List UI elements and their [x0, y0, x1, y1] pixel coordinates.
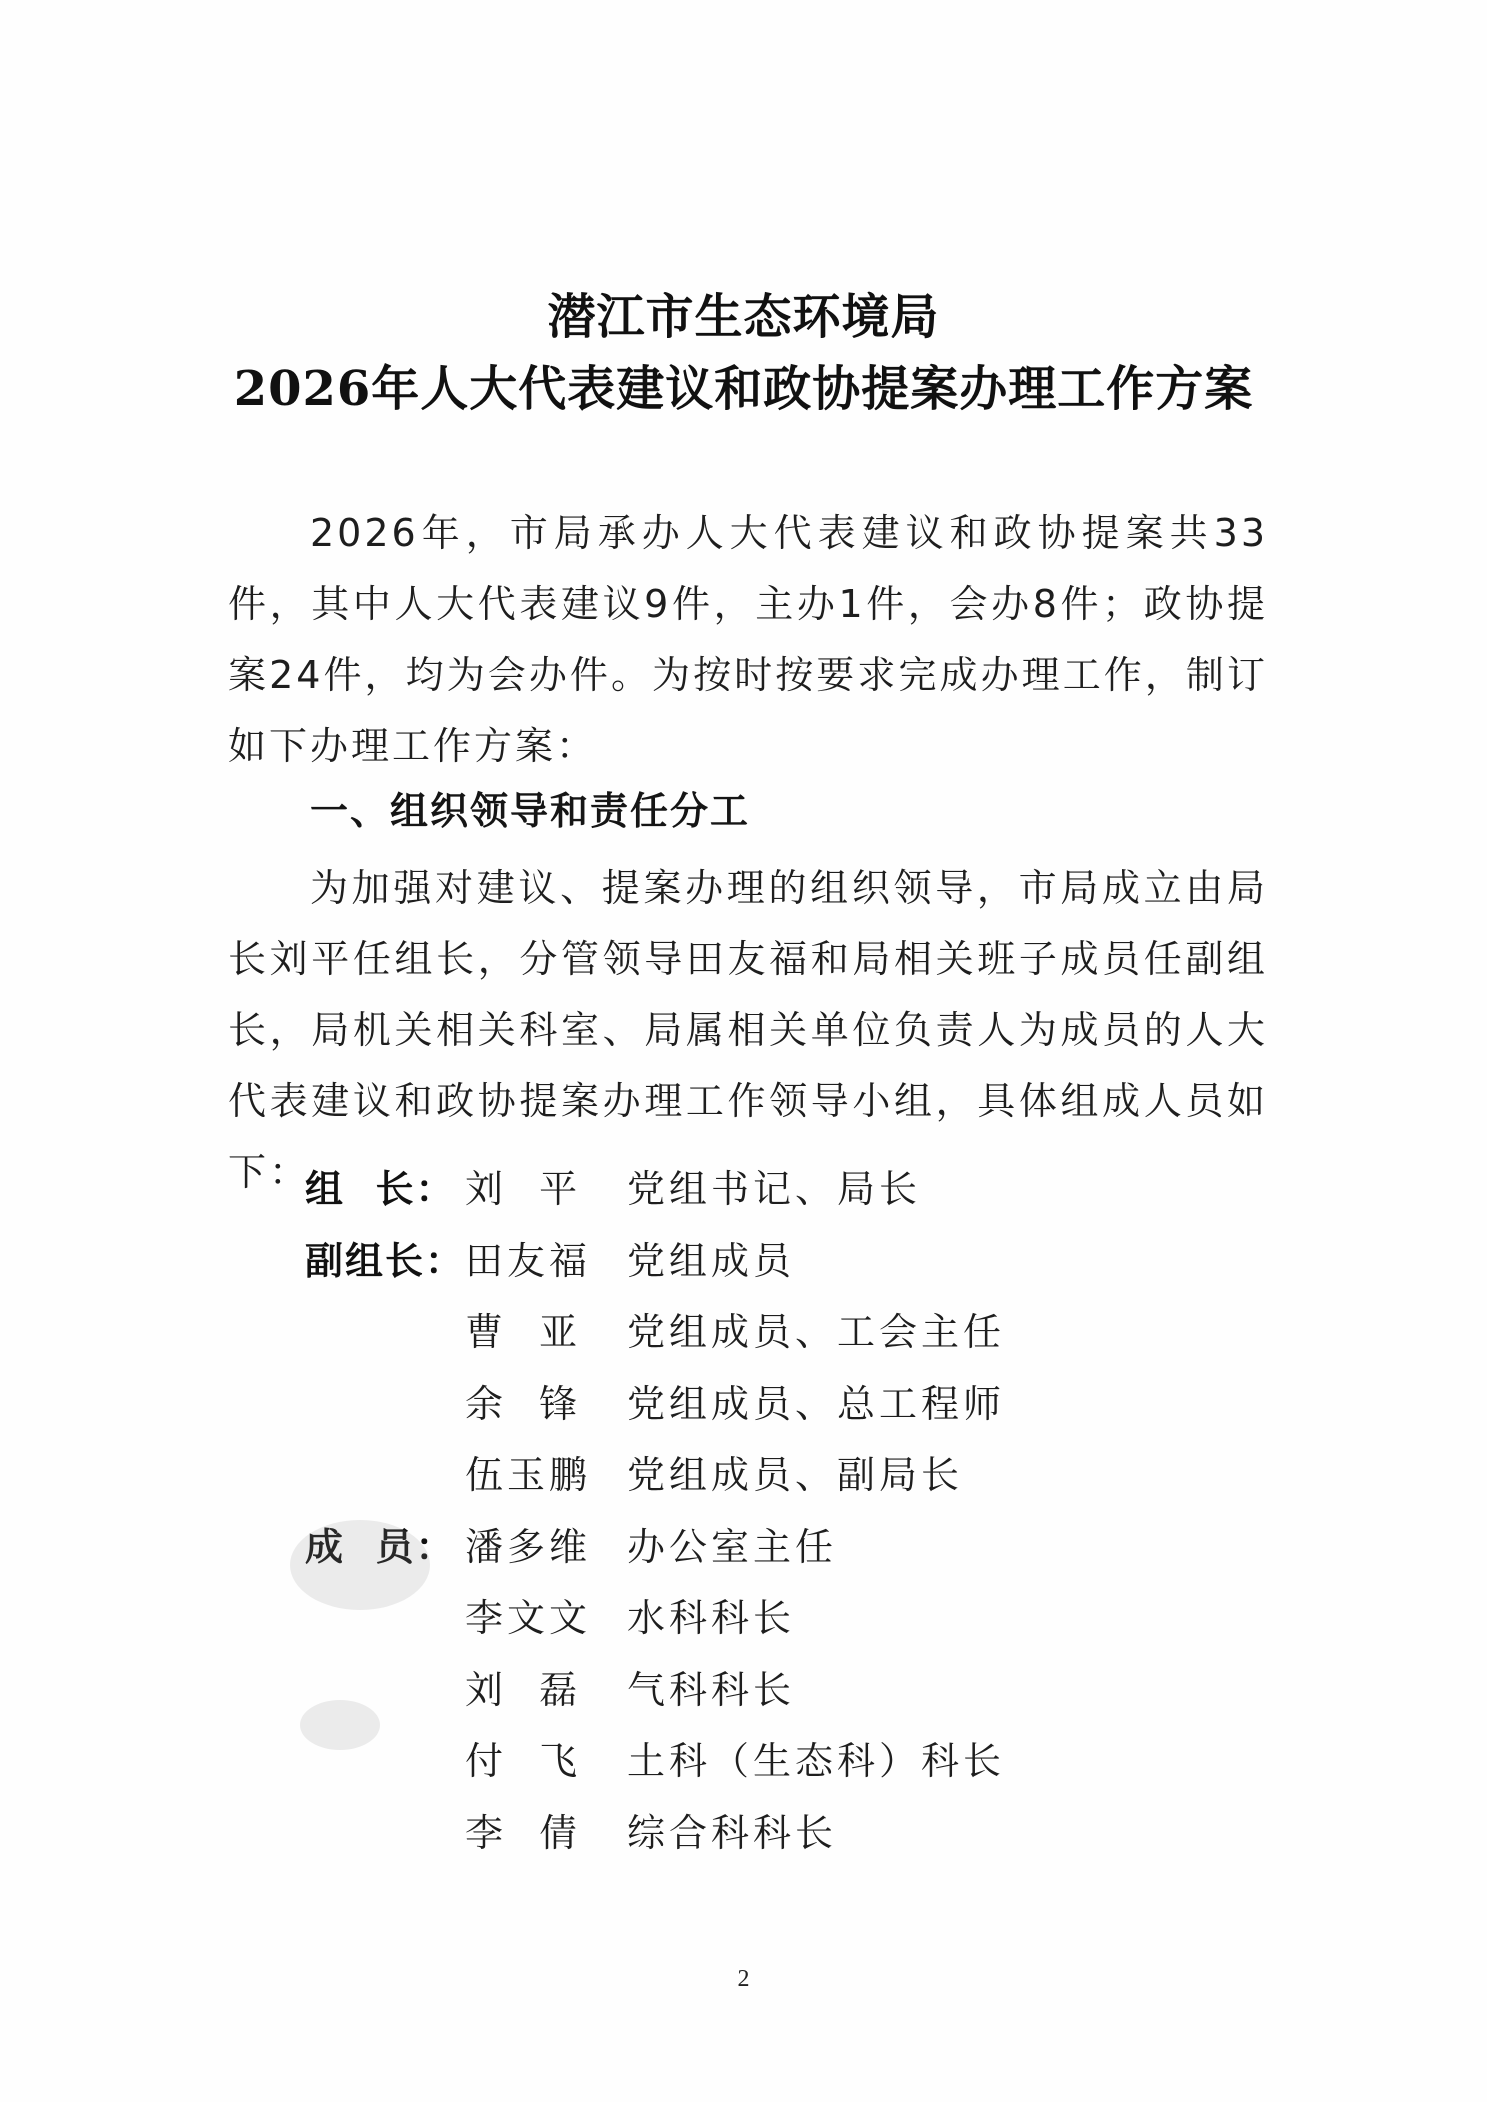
roster-title: 党组成员、工会主任	[627, 1301, 1005, 1356]
roster-row: 曹 亚 党组成员、工会主任	[305, 1293, 1205, 1365]
roster-row: 组 长： 刘 平 党组书记、局长	[305, 1150, 1205, 1222]
roster-name: 刘 平	[465, 1158, 627, 1213]
roster-title: 办公室主任	[627, 1516, 837, 1571]
document-title-agency: 潜江市生态环境局	[0, 278, 1487, 347]
page-number: 2	[0, 1966, 1487, 1993]
roster-row: 刘 磊 气科科长	[305, 1651, 1205, 1723]
roster-name: 李 倩	[465, 1802, 627, 1857]
scan-artifact	[300, 1700, 380, 1750]
roster-name: 余 锋	[465, 1373, 627, 1428]
scan-artifact	[290, 1520, 430, 1610]
roster-title: 综合科科长	[627, 1802, 837, 1857]
roster-row: 伍玉鹏 党组成员、副局长	[305, 1436, 1205, 1508]
section-heading-organization: 一、组织领导和责任分工	[310, 780, 750, 835]
roster-name: 李文文	[465, 1587, 627, 1642]
roster-title: 水科科长	[627, 1587, 795, 1642]
document-page: 潜江市生态环境局 2026年人大代表建议和政协提案办理工作方案 2026年，市局…	[0, 0, 1487, 2102]
document-title-subject: 2026年人大代表建议和政协提案办理工作方案	[0, 350, 1487, 419]
roster-title: 党组成员、副局长	[627, 1444, 963, 1499]
roster-name: 刘 磊	[465, 1659, 627, 1714]
roster-role: 组 长：	[305, 1158, 465, 1213]
roster-row: 李文文 水科科长	[305, 1579, 1205, 1651]
roster-row: 付 飞 土科（生态科）科长	[305, 1722, 1205, 1794]
roster-row: 余 锋 党组成员、总工程师	[305, 1365, 1205, 1437]
roster-row: 李 倩 综合科科长	[305, 1794, 1205, 1866]
roster-name: 曹 亚	[465, 1301, 627, 1356]
roster-title: 气科科长	[627, 1659, 795, 1714]
roster-name: 田友福	[465, 1230, 627, 1285]
roster-name: 潘多维	[465, 1516, 627, 1571]
intro-paragraph: 2026年，市局承办人大代表建议和政协提案共33件，其中人大代表建议9件，主办1…	[228, 498, 1268, 782]
roster-name: 伍玉鹏	[465, 1444, 627, 1499]
roster-name: 付 飞	[465, 1730, 627, 1785]
roster-title: 土科（生态科）科长	[627, 1730, 1005, 1785]
roster-row: 副组长： 田友福 党组成员	[305, 1222, 1205, 1294]
leadership-roster: 组 长： 刘 平 党组书记、局长 副组长： 田友福 党组成员 曹 亚 党组成员、…	[305, 1150, 1205, 1865]
roster-row: 成 员： 潘多维 办公室主任	[305, 1508, 1205, 1580]
roster-title: 党组成员	[627, 1230, 795, 1285]
roster-title: 党组成员、总工程师	[627, 1373, 1005, 1428]
roster-role: 副组长：	[305, 1230, 465, 1285]
roster-title: 党组书记、局长	[627, 1158, 921, 1213]
